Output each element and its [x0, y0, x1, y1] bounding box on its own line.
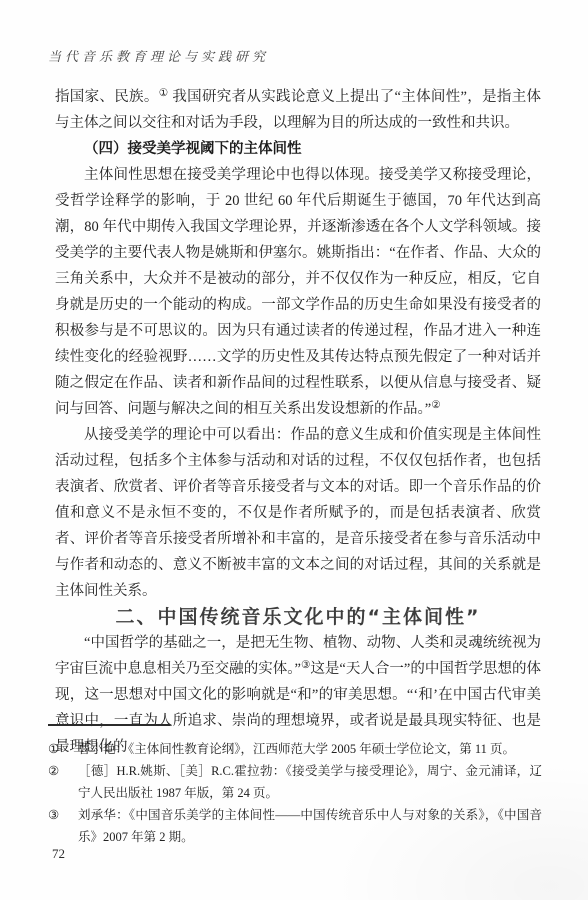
footnote-text: 曹小艳：《主体间性教育论纲》，江西师范大学 2005 年硕士学位论文，第 11 …: [78, 738, 542, 760]
footnote-marker: ①: [48, 738, 78, 760]
footnote-ref-3: ③: [301, 660, 310, 671]
paragraph-text: 指国家、民族。: [55, 89, 159, 105]
footnote-ref-1: ①: [159, 88, 169, 99]
footnote-item: ② ［德］H.R.姚斯、［美］R.C.霍拉勃：《接受美学与接受理论》，周宁、金元…: [48, 760, 542, 804]
footnote-text: ［德］H.R.姚斯、［美］R.C.霍拉勃：《接受美学与接受理论》，周宁、金元浦译…: [78, 760, 542, 804]
paragraph-reception: 主体间性思想在接受美学理论中也得以体现。接受美学又称接受理论，受哲学诠释学的影响…: [55, 162, 541, 422]
footnote-item: ① 曹小艳：《主体间性教育论纲》，江西师范大学 2005 年硕士学位论文，第 1…: [48, 738, 542, 760]
footnote-marker: ③: [48, 804, 78, 826]
book-page: 当代音乐教育理论与实践研究 指国家、民族。① 我国研究者从实践论意义上提出了“主…: [0, 0, 588, 900]
paragraph-meaning: 从接受美学的理论中可以看出：作品的意义生成和价值实现是主体间性活动过程，包括多个…: [55, 422, 541, 604]
body-text: 指国家、民族。① 我国研究者从实践论意义上提出了“主体间性”，是指主体与主体之间…: [55, 84, 541, 760]
paragraph-continuation: 指国家、民族。① 我国研究者从实践论意义上提出了“主体间性”，是指主体与主体之间…: [55, 84, 541, 136]
footnote-separator: [48, 724, 170, 726]
footnote-ref-2: ②: [431, 400, 440, 411]
paragraph-text: 主体间性思想在接受美学理论中也得以体现。接受美学又称接受理论，受哲学诠释学的影响…: [55, 167, 541, 417]
footnote-item: ③ 刘承华：《中国音乐美学的主体间性——中国传统音乐中人与对象的关系》，《中国音…: [48, 804, 542, 848]
footnote-marker: ②: [48, 760, 78, 782]
section-heading: 二、中国传统音乐文化中的“主体间性”: [55, 604, 541, 630]
footnote-text: 刘承华：《中国音乐美学的主体间性——中国传统音乐中人与对象的关系》，《中国音乐》…: [78, 804, 542, 848]
running-header: 当代音乐教育理论与实践研究: [48, 46, 269, 65]
subsection-heading: （四）接受美学视阈下的主体间性: [55, 136, 541, 162]
footnotes-section: ① 曹小艳：《主体间性教育论纲》，江西师范大学 2005 年硕士学位论文，第 1…: [48, 724, 542, 848]
page-number: 72: [52, 846, 65, 862]
